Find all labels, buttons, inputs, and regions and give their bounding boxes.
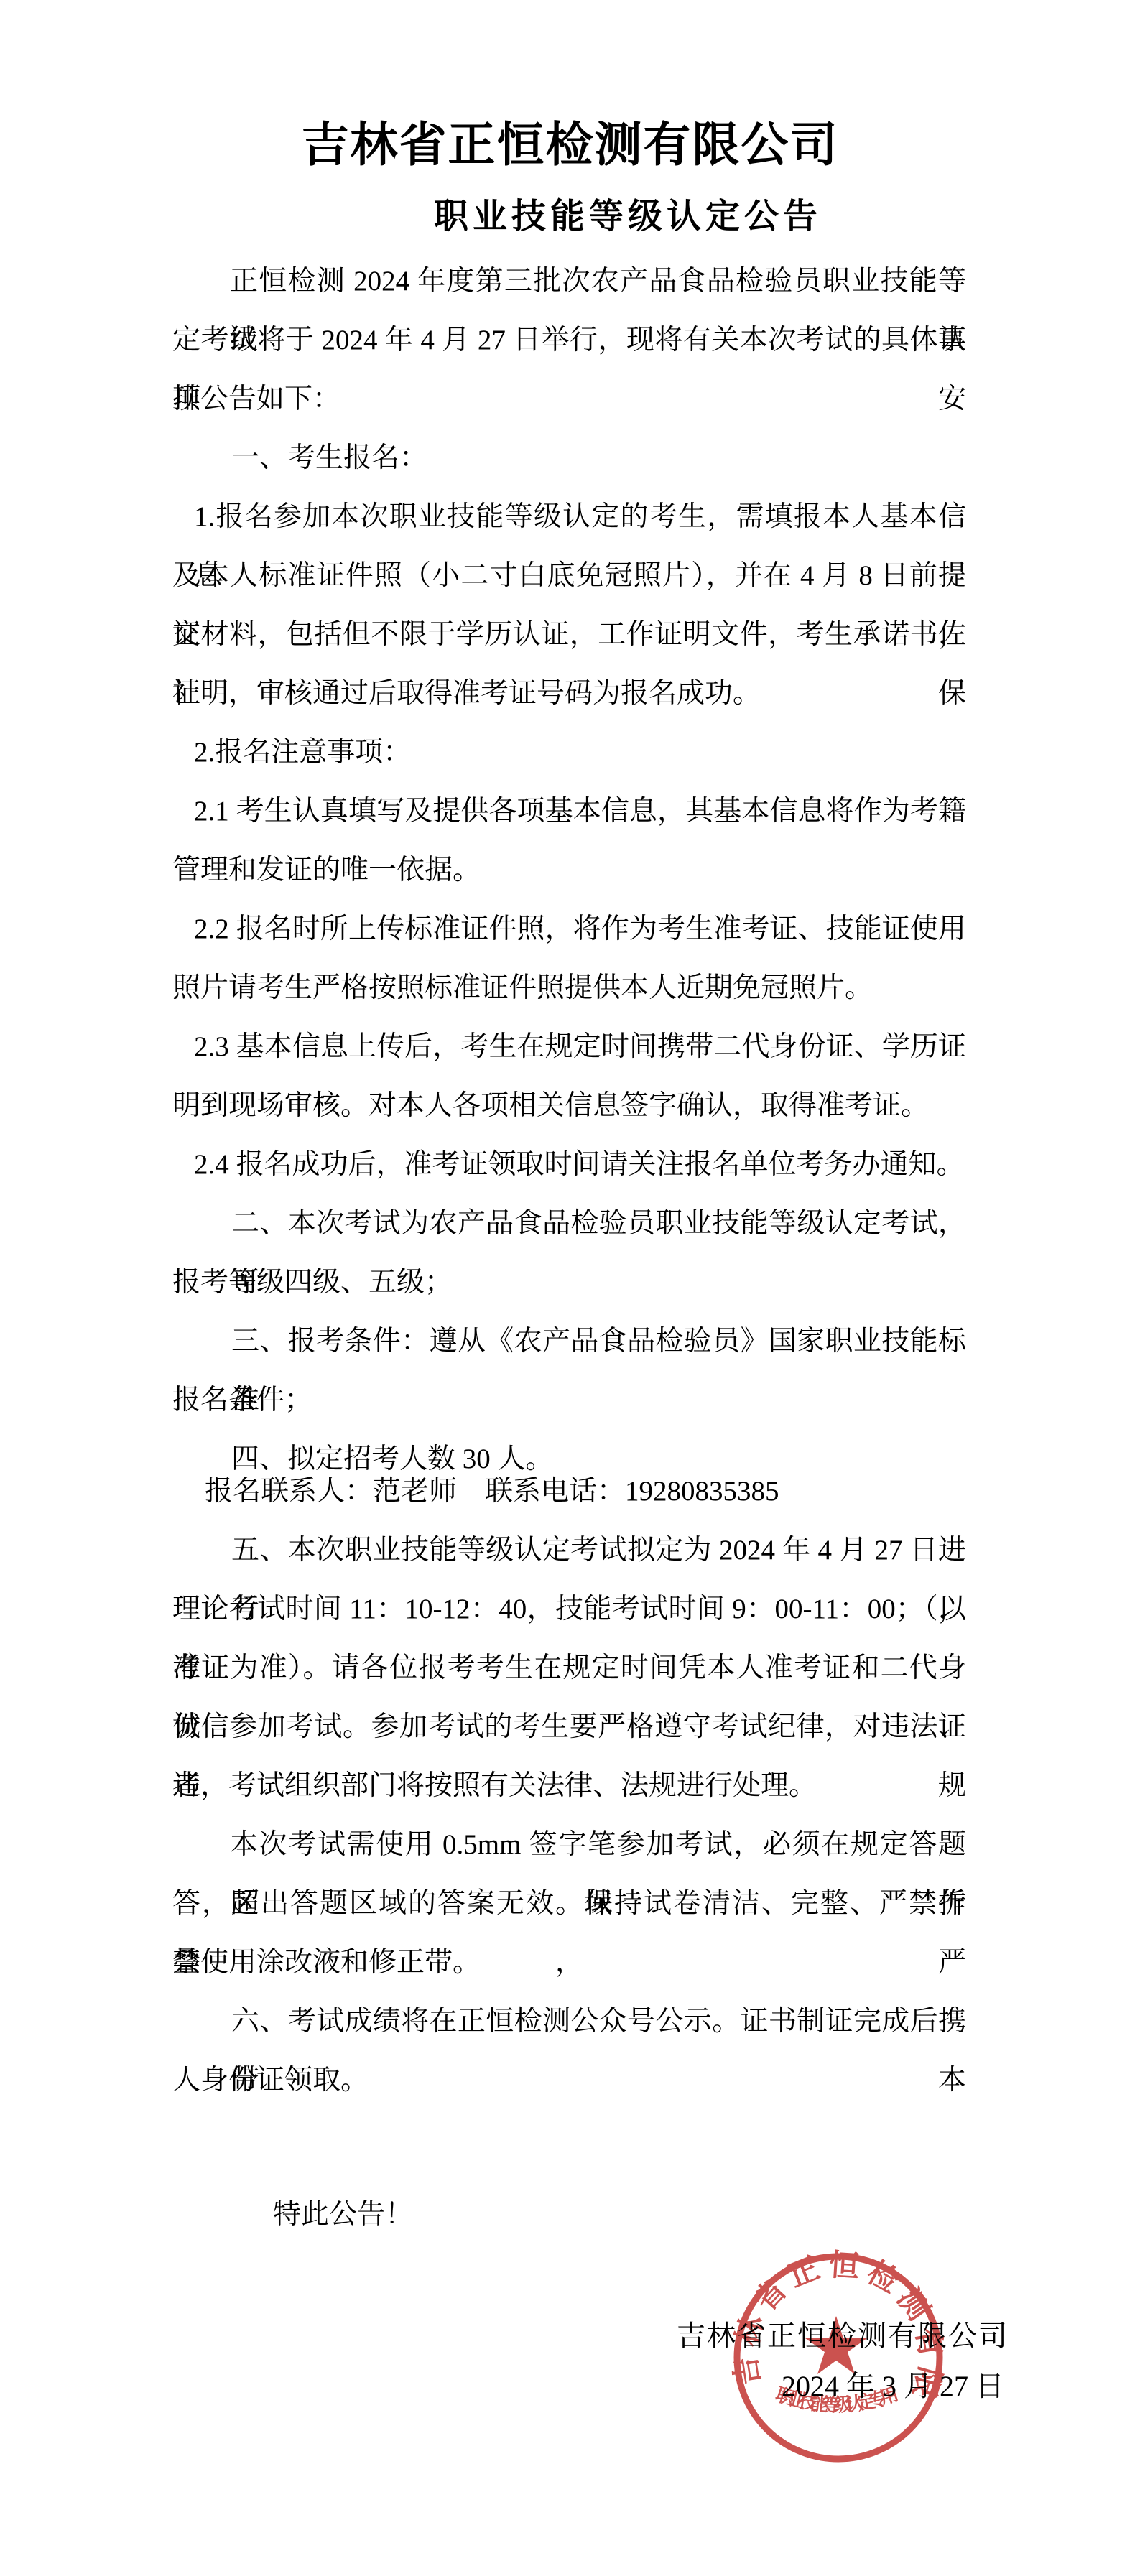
- document-line: 报考等级四级、五级；: [172, 1253, 966, 1312]
- document-line: 2.1 考生认真填写及提供各项基本信息，其基本信息将作为考籍: [172, 782, 966, 841]
- closing-line: 特此公告！: [273, 2198, 413, 2233]
- seal-star-icon: [805, 2316, 867, 2374]
- document-line: 管理和发证的唯一依据。: [172, 841, 966, 900]
- announcement-page: { "page": {"background": "#ffffff"}, "do…: [0, 0, 1140, 2576]
- document-line: 二、本次考试为农产品食品检验员职业技能等级认定考试，可: [172, 1194, 966, 1253]
- document-line: 2.2 报名时所上传标准证件照，将作为考生准考证、技能证使用: [172, 900, 966, 959]
- document-line: 答，超出答题区域的答案无效。保持试卷清洁、完整、严禁折叠，严: [172, 1874, 966, 1933]
- document-line: 考证为准）。请各位报考考生在规定时间凭本人准考证和二代身份证: [172, 1639, 966, 1698]
- document-line: 四、拟定招考人数 30 人。: [172, 1430, 966, 1462]
- seal-ring-text: 吉林省正恒检测有限公司: [718, 2237, 947, 2401]
- document-line: 六、考试成绩将在正恒检测公众号公示。证书制证完成后携带本: [172, 1992, 966, 2051]
- document-line: 报名联系人：范老师 联系电话：19280835385: [172, 1462, 966, 1521]
- document-line: 明到现场审核。对本人各项相关信息签字确认，取得准考证。: [172, 1077, 966, 1135]
- document-line: 正恒检测 2024 年度第三批次农产品食品检验员职业技能等级认: [172, 252, 966, 311]
- document-line: 本次考试需使用 0.5mm 签字笔参加考试，必须在规定答题区域作: [172, 1815, 966, 1874]
- document-line: 诚信参加考试。参加考试的考生要严格遵守考试纪律，对违法、违规: [172, 1698, 966, 1757]
- document-line: 照片请考生严格按照标准证件照提供本人近期免冠照片。: [172, 959, 966, 1018]
- document-line: 五、本次职业技能等级认定考试拟定为 2024 年 4 月 27 日进行，: [172, 1521, 966, 1580]
- document-line: 及本人标准证件照（小二寸白底免冠照片），并在 4 月 8 日前提交佐: [172, 547, 966, 605]
- document-line: 证材料，包括但不限于学历认证，工作证明文件，考生承诺书，社保: [172, 605, 966, 664]
- document-line: 定考试将于 2024 年 4 月 27 日举行，现将有关本次考试的具体事项安: [172, 311, 966, 370]
- document-line: 1.报名参加本次职业技能等级认定的考生，需填报本人基本信息: [172, 488, 966, 547]
- company-seal: 吉林省正恒检测有限公司 职业技能等级认定专用章: [718, 2237, 963, 2481]
- document-line: 三、报考条件：遵从《农产品食品检验员》国家职业技能标准: [172, 1312, 966, 1371]
- document-line: 报名条件；: [172, 1371, 966, 1430]
- document-line: 2.3 基本信息上传后，考生在规定时间携带二代身份证、学历证: [172, 1018, 966, 1077]
- document-title: 吉林省正恒检测有限公司: [0, 106, 1140, 175]
- document-line: 2.4 报名成功后，准考证领取时间请关注报名单位考务办通知。: [172, 1135, 966, 1194]
- document-line: 一、考生报名：: [172, 429, 966, 488]
- document-line: 2.报名注意事项：: [172, 723, 966, 782]
- document-line: 理论考试时间 11：10-12：40，技能考试时间 9：00-11：00；（以准: [172, 1580, 966, 1639]
- document-subtitle: 职业技能等级认定公告: [434, 188, 822, 238]
- document-body: 正恒检测 2024 年度第三批次农产品食品检验员职业技能等级认定考试将于 202…: [172, 252, 966, 2110]
